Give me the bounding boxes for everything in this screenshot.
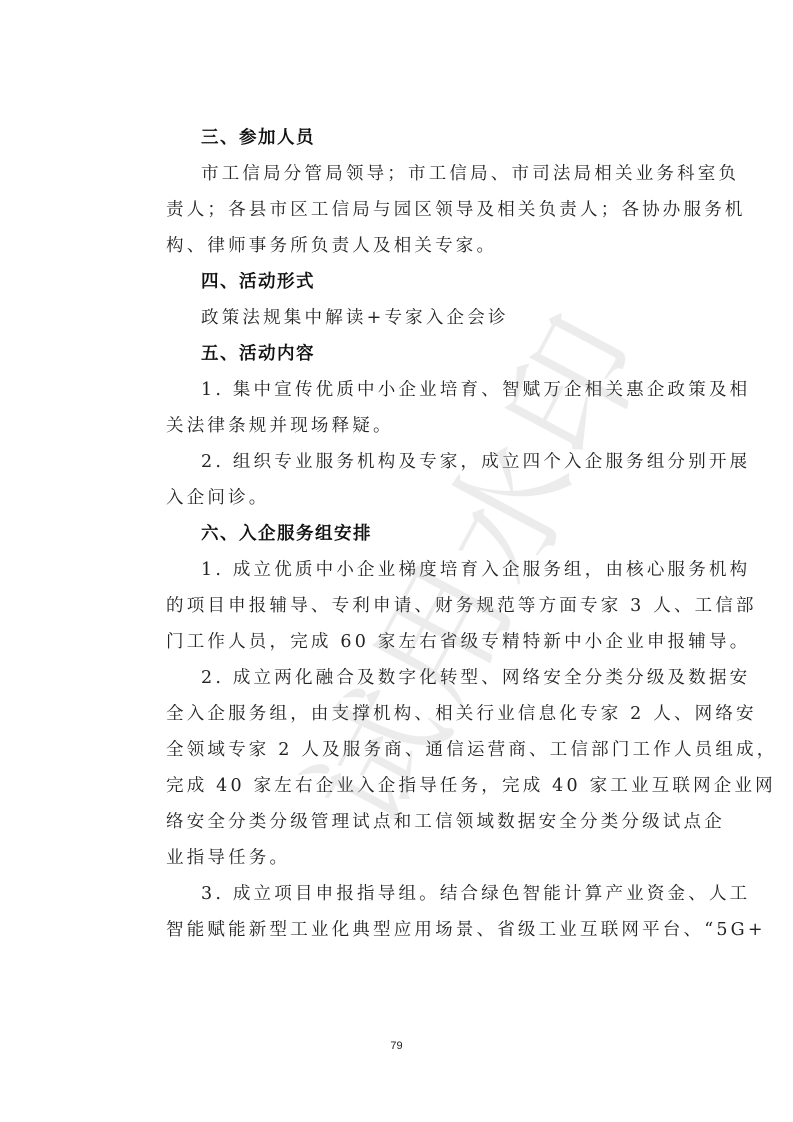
paragraph-line: 业指导任务。 xyxy=(166,840,690,876)
paragraph-line: 1. 成立优质中小企业梯度培育入企服务组，由核心服务机构 xyxy=(166,552,690,588)
paragraph-line: 门工作人员，完成 60 家左右省级专精特新中小企业申报辅导。 xyxy=(166,624,690,660)
section-heading-activity-content: 五、活动内容 xyxy=(166,336,690,372)
paragraph-line: 市工信局分管局领导；市工信局、市司法局相关业务科室负 xyxy=(166,156,690,192)
paragraph-line: 的项目申报辅导、专利申请、财务规范等方面专家 3 人、工信部 xyxy=(166,588,690,624)
page-number: 79 xyxy=(0,1040,793,1052)
paragraph-line: 责人；各县市区工信局与园区领导及相关负责人；各协办服务机 xyxy=(166,192,690,228)
paragraph-line: 全领域专家 2 人及服务商、通信运营商、工信部门工作人员组成， xyxy=(166,732,690,768)
paragraph-line: 智能赋能新型工业化典型应用场景、省级工业互联网平台、“5G+ xyxy=(166,912,690,948)
paragraph-line: 络安全分类分级管理试点和工信领域数据安全分类分级试点企 xyxy=(166,804,690,840)
paragraph-line: 全入企服务组，由支撑机构、相关行业信息化专家 2 人、网络安 xyxy=(166,696,690,732)
paragraph-line: 政策法规集中解读+专家入企会诊 xyxy=(166,300,690,336)
section-heading-service-groups: 六、入企服务组安排 xyxy=(166,516,690,552)
paragraph-line: 3. 成立项目申报指导组。结合绿色智能计算产业资金、人工 xyxy=(166,876,690,912)
paragraph-line: 2. 成立两化融合及数字化转型、网络安全分类分级及数据安 xyxy=(166,660,690,696)
paragraph-line: 完成 40 家左右企业入企指导任务，完成 40 家工业互联网企业网 xyxy=(166,768,690,804)
paragraph-line: 入企问诊。 xyxy=(166,480,690,516)
section-heading-activity-format: 四、活动形式 xyxy=(166,264,690,300)
paragraph-line: 1. 集中宣传优质中小企业培育、智赋万企相关惠企政策及相 xyxy=(166,372,690,408)
paragraph-line: 关法律条规并现场释疑。 xyxy=(166,408,690,444)
paragraph-line: 构、律师事务所负责人及相关专家。 xyxy=(166,228,690,264)
document-body: 三、参加人员 市工信局分管局领导；市工信局、市司法局相关业务科室负 责人；各县市… xyxy=(166,120,690,948)
document-page: 三、参加人员 市工信局分管局领导；市工信局、市司法局相关业务科室负 责人；各县市… xyxy=(0,0,793,1122)
paragraph-line: 2. 组织专业服务机构及专家，成立四个入企服务组分别开展 xyxy=(166,444,690,480)
section-heading-participants: 三、参加人员 xyxy=(166,120,690,156)
